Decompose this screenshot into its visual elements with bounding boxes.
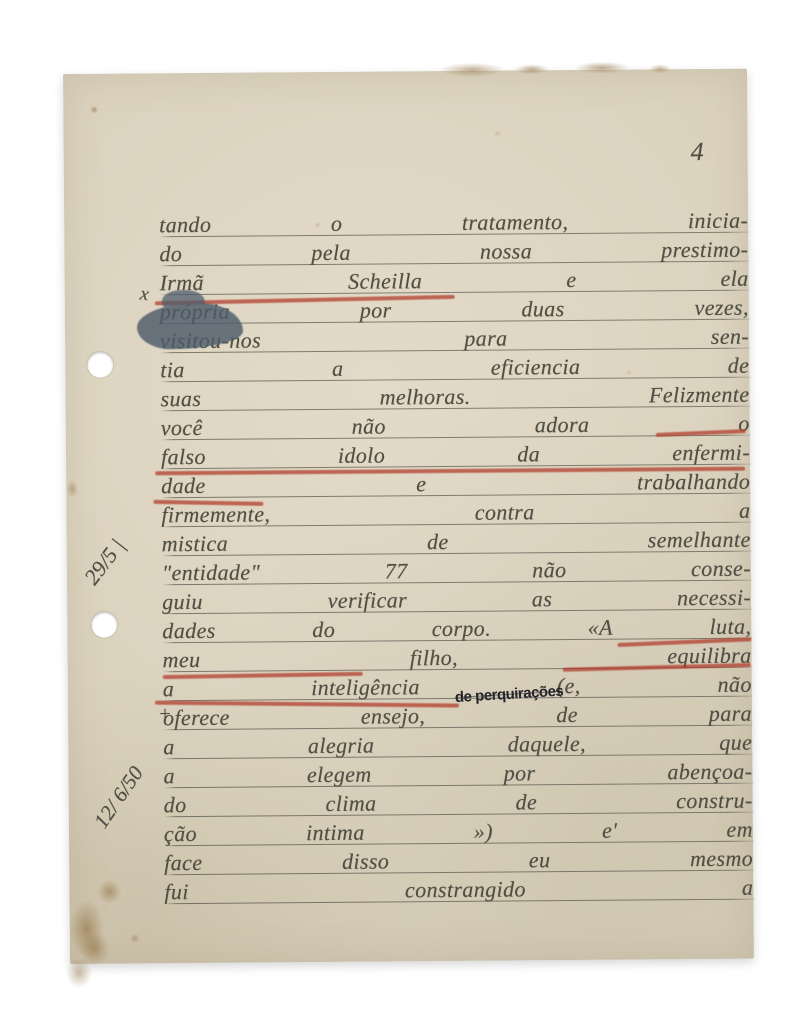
red-underline (563, 663, 751, 672)
red-underline (153, 500, 263, 506)
red-underline (155, 701, 459, 708)
red-underline (617, 637, 751, 647)
punch-hole (91, 612, 117, 638)
x-mark: x (139, 283, 150, 306)
red-underline (163, 672, 363, 679)
ink-blot (137, 303, 243, 350)
ink-insertion: de perquirações (455, 680, 616, 707)
red-underline (155, 467, 745, 476)
date-12-6-50: 12/ 6/50 (89, 762, 149, 833)
manuscript-page: tandootratamento,inicia-dopelanossaprest… (63, 69, 754, 964)
annotations-layer: de perquirações x29/5 |+12/ 6/50 (63, 69, 754, 964)
plus-mark: + (158, 703, 172, 726)
red-underline (656, 429, 746, 437)
date-29-5: 29/5 | (79, 534, 130, 590)
page-number: 4 (691, 137, 704, 167)
photo-backdrop: { "page_number": "4", "colors": { "paper… (0, 0, 809, 1024)
punch-hole (87, 352, 113, 378)
